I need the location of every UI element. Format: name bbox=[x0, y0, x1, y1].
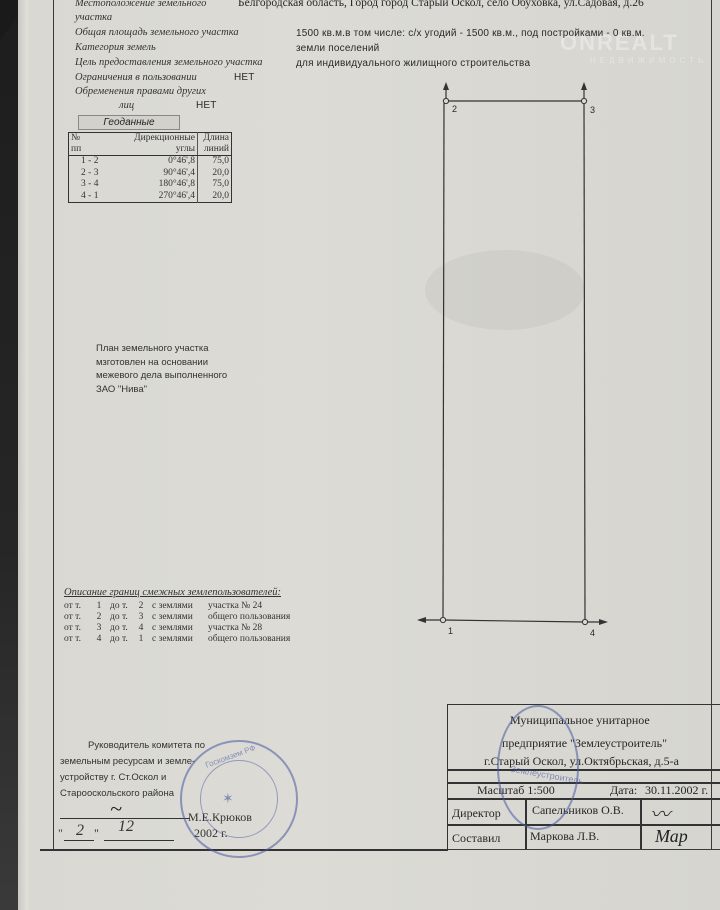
neighbor-desc: общего пользования bbox=[208, 612, 290, 622]
to-label: до т. bbox=[106, 601, 134, 611]
with-label: с землями bbox=[148, 634, 208, 644]
with-label: с землями bbox=[148, 623, 208, 633]
to-point: 3 bbox=[134, 612, 148, 622]
encumbrance-label: Обременения правами других bbox=[75, 86, 206, 97]
length-cell: 75,0 bbox=[198, 179, 232, 191]
length-cell: 20,0 bbox=[198, 191, 232, 203]
encumbrance-value: НЕТ bbox=[196, 100, 217, 111]
border-row: от т.2до т.3с землямиобщего пользования bbox=[64, 612, 290, 622]
director-label: Директор bbox=[452, 806, 501, 821]
day-underline bbox=[64, 840, 94, 841]
with-label: с землями bbox=[148, 601, 208, 611]
from-point: 2 bbox=[92, 612, 106, 622]
table-row: 3 - 4 180°46',8 75,0 bbox=[69, 179, 232, 191]
date-quote-close: " bbox=[94, 826, 99, 841]
location-label: Местоположение земельного bbox=[75, 0, 206, 9]
angle-cell: 270°46',4 bbox=[111, 191, 198, 203]
segment-cell: 2 - 3 bbox=[69, 168, 111, 180]
plan-note-line: ЗАО "Нива" bbox=[96, 383, 227, 397]
to-label: до т. bbox=[106, 634, 134, 644]
geodata-button[interactable]: Геоданные bbox=[78, 115, 180, 130]
point-label-4: 4 bbox=[590, 628, 595, 638]
segment-cell: 1 - 2 bbox=[69, 156, 111, 168]
table-row: 1 - 2 0°46',8 75,0 bbox=[69, 156, 232, 168]
category-value: земли поселений bbox=[296, 43, 379, 54]
sheet-fold bbox=[18, 0, 28, 910]
plan-note: План земельного участка мзготовлен на ос… bbox=[96, 342, 227, 396]
plan-note-line: План земельного участка bbox=[96, 342, 227, 356]
point-label-1: 1 bbox=[448, 626, 453, 636]
row-divider bbox=[447, 798, 720, 800]
with-label: с землями bbox=[148, 612, 208, 622]
date-quote-open: " bbox=[58, 826, 63, 841]
org-date: 30.11.2002 г. bbox=[645, 783, 708, 798]
col-header-length: Длина bbox=[198, 133, 232, 145]
from-label: от т. bbox=[64, 634, 92, 644]
angle-cell: 0°46',8 bbox=[111, 156, 198, 168]
category-label: Категория земель bbox=[75, 42, 156, 53]
to-label: до т. bbox=[106, 612, 134, 622]
table-row: 4 - 1 270°46',4 20,0 bbox=[69, 191, 232, 203]
col-header-length-sub: линий bbox=[198, 144, 232, 156]
committee-stamp-inner-ring bbox=[200, 760, 278, 838]
area-label: Общая площадь земельного участка bbox=[75, 27, 239, 38]
point-label-3: 3 bbox=[590, 105, 595, 115]
plan-note-line: межевого дела выполненного bbox=[96, 369, 227, 383]
from-label: от т. bbox=[64, 612, 92, 622]
angle-cell: 90°46',4 bbox=[111, 168, 198, 180]
to-point: 4 bbox=[134, 623, 148, 633]
length-cell: 20,0 bbox=[198, 168, 232, 180]
neighbor-desc: участка № 24 bbox=[208, 601, 262, 611]
date-label: Дата: bbox=[610, 783, 637, 798]
plan-note-line: мзготовлен на основании bbox=[96, 356, 227, 370]
location-label-cont: участка bbox=[75, 12, 112, 23]
segment-cell: 3 - 4 bbox=[69, 179, 111, 191]
point-label-2: 2 bbox=[452, 104, 457, 114]
from-label: от т. bbox=[64, 601, 92, 611]
angle-cell: 180°46',8 bbox=[111, 179, 198, 191]
to-label: до т. bbox=[106, 623, 134, 633]
encumbrance-label-cont: лиц bbox=[119, 100, 134, 111]
col-header-angle-sub: углы bbox=[111, 144, 198, 156]
length-cell: 75,0 bbox=[198, 156, 232, 168]
border-row: от т.3до т.4с землямиучастка № 28 bbox=[64, 623, 262, 633]
row-divider bbox=[447, 769, 720, 771]
purpose-value: для индивидуального жилищного строительс… bbox=[296, 58, 530, 69]
border-row: от т.1до т.2с землямиучастка № 24 bbox=[64, 601, 262, 611]
director-signature: 〰 bbox=[650, 798, 670, 827]
geodata-table: № Дирекционные Длина пп углы линий 1 - 2… bbox=[68, 132, 232, 203]
eagle-emblem-icon: ✶ bbox=[222, 790, 234, 807]
col-header-number: № bbox=[69, 133, 111, 145]
table-row: 2 - 3 90°46',4 20,0 bbox=[69, 168, 232, 180]
purpose-label: Цель предоставления земельного участка bbox=[75, 57, 263, 68]
committee-date-day: 2 bbox=[76, 822, 84, 840]
from-point: 1 bbox=[92, 601, 106, 611]
area-value: 1500 кв.м.в том числе: с/х угодий - 1500… bbox=[296, 28, 645, 39]
borders-title: Описание границ смежных землепользовател… bbox=[64, 587, 281, 598]
column-divider bbox=[640, 798, 642, 849]
compiler-signature: Мар bbox=[655, 826, 688, 847]
month-underline bbox=[104, 840, 174, 841]
neighbor-desc: участка № 28 bbox=[208, 623, 262, 633]
compiler-label: Составил bbox=[452, 831, 500, 846]
restrictions-value: НЕТ bbox=[234, 72, 255, 83]
from-point: 4 bbox=[92, 634, 106, 644]
location-value: Белгородская область, Город город Старый… bbox=[238, 0, 644, 9]
to-point: 2 bbox=[134, 601, 148, 611]
col-header-number-sub: пп bbox=[69, 144, 111, 156]
segment-cell: 4 - 1 bbox=[69, 191, 111, 203]
to-point: 1 bbox=[134, 634, 148, 644]
from-label: от т. bbox=[64, 623, 92, 633]
from-point: 3 bbox=[92, 623, 106, 633]
committee-date-month: 12 bbox=[118, 818, 134, 836]
col-header-angle: Дирекционные bbox=[111, 133, 198, 145]
compiler-name: Маркова Л.В. bbox=[530, 829, 599, 844]
restrictions-label: Ограничения в пользовании bbox=[75, 72, 197, 83]
neighbor-desc: общего пользования bbox=[208, 634, 290, 644]
border-row: от т.4до т.1с землямиобщего пользования bbox=[64, 634, 290, 644]
frame-border-left bbox=[53, 0, 54, 850]
watermark-subtitle: НЕДВИЖИМОСТЬ bbox=[590, 56, 707, 65]
